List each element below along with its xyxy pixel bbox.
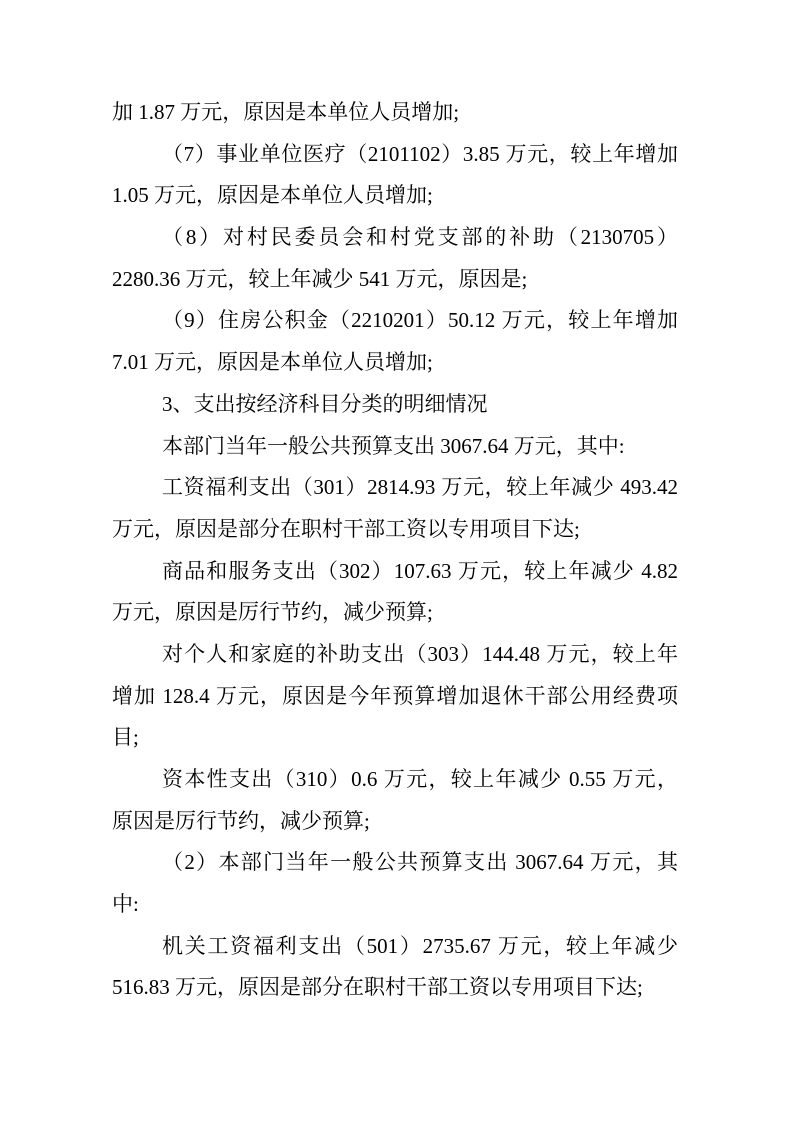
text-line: 加 1.87 万元，原因是本单位人员增加; xyxy=(112,92,678,134)
text-line: 1.05 万元，原因是本单位人员增加; xyxy=(112,175,678,217)
text-line: （2）本部门当年一般公共预算支出 3067.64 万元，其 xyxy=(112,842,678,884)
text-line: 对个人和家庭的补助支出（303）144.48 万元，较上年 xyxy=(112,634,678,676)
text-line: 增加 128.4 万元，原因是今年预算增加退休干部公用经费项 xyxy=(112,676,678,718)
text-line: 万元，原因是厉行节约，减少预算; xyxy=(112,592,678,634)
text-line: 516.83 万元，原因是部分在职村干部工资以专用项目下达; xyxy=(112,967,678,1009)
text-line: 目; xyxy=(112,717,678,759)
text-line: 7.01 万元，原因是本单位人员增加; xyxy=(112,342,678,384)
text-line: 3、支出按经济科目分类的明细情况 xyxy=(112,384,678,426)
text-line: （9）住房公积金（2210201）50.12 万元，较上年增加 xyxy=(112,300,678,342)
text-line: 资本性支出（310）0.6 万元，较上年减少 0.55 万元， xyxy=(112,759,678,801)
text-line: 中: xyxy=(112,884,678,926)
text-line: 工资福利支出（301）2814.93 万元，较上年减少 493.42 xyxy=(112,467,678,509)
text-line: 机关工资福利支出（501）2735.67 万元，较上年减少 xyxy=(112,926,678,968)
text-line: 2280.36 万元，较上年减少 541 万元，原因是; xyxy=(112,259,678,301)
document-page: 加 1.87 万元，原因是本单位人员增加;（7）事业单位医疗（2101102）3… xyxy=(0,0,793,1122)
text-line: 本部门当年一般公共预算支出 3067.64 万元，其中: xyxy=(112,426,678,468)
text-line: 商品和服务支出（302）107.63 万元，较上年减少 4.82 xyxy=(112,551,678,593)
text-line: （8）对村民委员会和村党支部的补助（2130705） xyxy=(112,217,678,259)
text-line: 万元，原因是部分在职村干部工资以专用项目下达; xyxy=(112,509,678,551)
text-line: （7）事业单位医疗（2101102）3.85 万元，较上年增加 xyxy=(112,134,678,176)
text-line: 原因是厉行节约，减少预算; xyxy=(112,801,678,843)
text-block: 加 1.87 万元，原因是本单位人员增加;（7）事业单位医疗（2101102）3… xyxy=(112,92,678,1009)
